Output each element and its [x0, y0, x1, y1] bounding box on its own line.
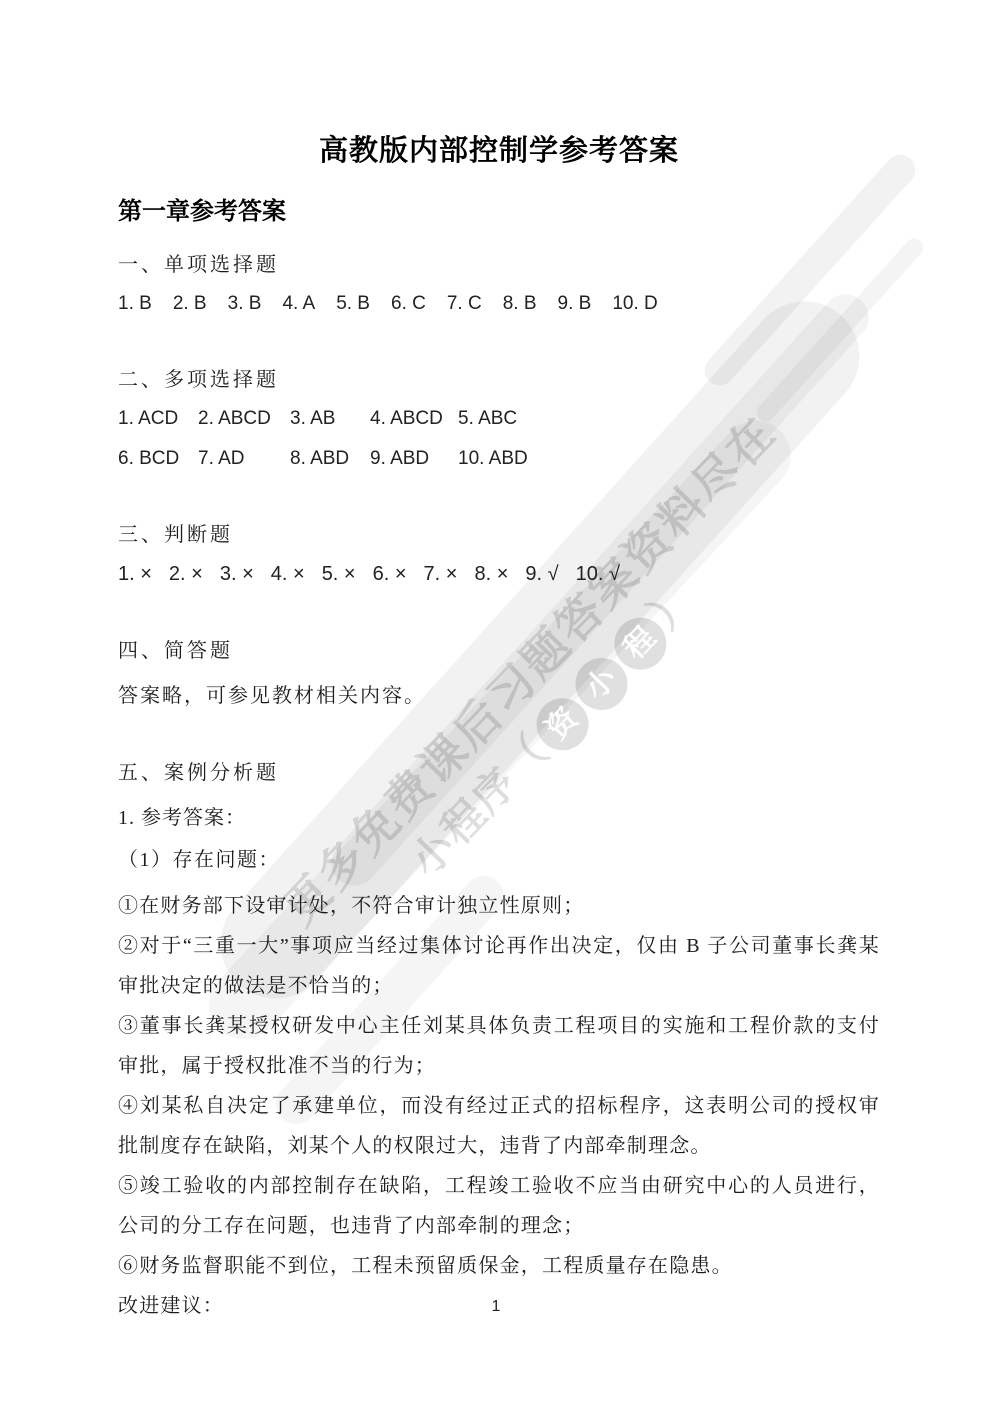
multi-choice-answer-row: 1. ACD 2. ABCD 3. AB 4. ABCD 5. ABC: [118, 408, 880, 430]
answer-item: 5. ×: [322, 563, 356, 586]
document-content: 高教版内部控制学参考答案 第一章参考答案 一、单项选择题 1. B 2. B 3…: [118, 120, 880, 1326]
answer-item: 4. A: [282, 293, 315, 315]
case-point: ⑤竣工验收的内部控制存在缺陷，工程竣工验收不应当由研究中心的人员进行，公司的分工…: [118, 1166, 880, 1246]
true-false-answer-row: 1. × 2. × 3. × 4. × 5. × 6. × 7. × 8. × …: [118, 563, 880, 586]
answer-item: 3. AB: [290, 408, 370, 430]
answer-item: 10. √: [576, 563, 620, 586]
answer-item: 10. D: [612, 293, 657, 315]
answer-item: 3. B: [228, 293, 262, 315]
section-heading-multi-choice: 二、多项选择题: [118, 363, 880, 392]
answer-item: 9. ABD: [370, 448, 458, 470]
case-item-label: 1. 参考答案：: [118, 801, 880, 830]
answer-item: 10. ABD: [458, 448, 880, 470]
answer-item: 8. B: [503, 293, 537, 315]
answer-item: 9. √: [525, 563, 558, 586]
answer-item: 7. C: [447, 293, 482, 315]
answer-item: 7. AD: [198, 448, 290, 470]
answer-item: 9. B: [558, 293, 592, 315]
answer-item: 5. ABC: [458, 408, 880, 430]
case-point: ③董事长龚某授权研发中心主任刘某具体负责工程项目的实施和工程价款的支付审批，属于…: [118, 1006, 880, 1086]
answer-item: 2. ABCD: [198, 408, 290, 430]
answer-item: 2. ×: [169, 563, 203, 586]
answer-item: 6. C: [391, 293, 426, 315]
answer-item: 3. ×: [220, 563, 254, 586]
section-heading-single-choice: 一、单项选择题: [118, 248, 880, 277]
answer-item: 1. ×: [118, 563, 152, 586]
answer-item: 1. B: [118, 293, 152, 315]
case-point: ①在财务部下设审计处，不符合审计独立性原则；: [118, 886, 880, 926]
answer-item: 8. ABD: [290, 448, 370, 470]
answer-item: 4. ×: [271, 563, 305, 586]
answer-item: 8. ×: [474, 563, 508, 586]
section-heading-short-answer: 四、简答题: [118, 634, 880, 663]
short-answer-body: 答案略，可参见教材相关内容。: [118, 679, 880, 708]
single-choice-answer-row: 1. B 2. B 3. B 4. A 5. B 6. C 7. C 8. B …: [118, 293, 880, 315]
answer-item: 6. BCD: [118, 448, 198, 470]
case-points: ①在财务部下设审计处，不符合审计独立性原则； ②对于“三重一大”事项应当经过集体…: [118, 886, 880, 1326]
case-point: ④刘某私自决定了承建单位，而没有经过正式的招标程序，这表明公司的授权审批制度存在…: [118, 1086, 880, 1166]
case-sub-label: （1）存在问题：: [118, 843, 880, 872]
answer-item: 6. ×: [373, 563, 407, 586]
answer-item: 4. ABCD: [370, 408, 458, 430]
section-heading-case-analysis: 五、案例分析题: [118, 756, 880, 785]
case-point: ⑥财务监督职能不到位，工程未预留质保金，工程质量存在隐患。: [118, 1246, 880, 1286]
answer-item: 5. B: [336, 293, 370, 315]
chapter-heading: 第一章参考答案: [118, 191, 880, 226]
section-heading-true-false: 三、判断题: [118, 518, 880, 547]
document-page: 更多免费课后习题答案资料尽在 小程序（资小程） 高教版内部控制学参考答案 第一章…: [0, 0, 992, 1403]
answer-item: 2. B: [173, 293, 207, 315]
document-title: 高教版内部控制学参考答案: [118, 128, 880, 169]
case-point: ②对于“三重一大”事项应当经过集体讨论再作出决定，仅由 B 子公司董事长龚某审批…: [118, 926, 880, 1006]
answer-item: 7. ×: [424, 563, 458, 586]
answer-item: 1. ACD: [118, 408, 198, 430]
multi-choice-answer-row: 6. BCD 7. AD 8. ABD 9. ABD 10. ABD: [118, 448, 880, 470]
page-number: 1: [0, 1298, 992, 1316]
